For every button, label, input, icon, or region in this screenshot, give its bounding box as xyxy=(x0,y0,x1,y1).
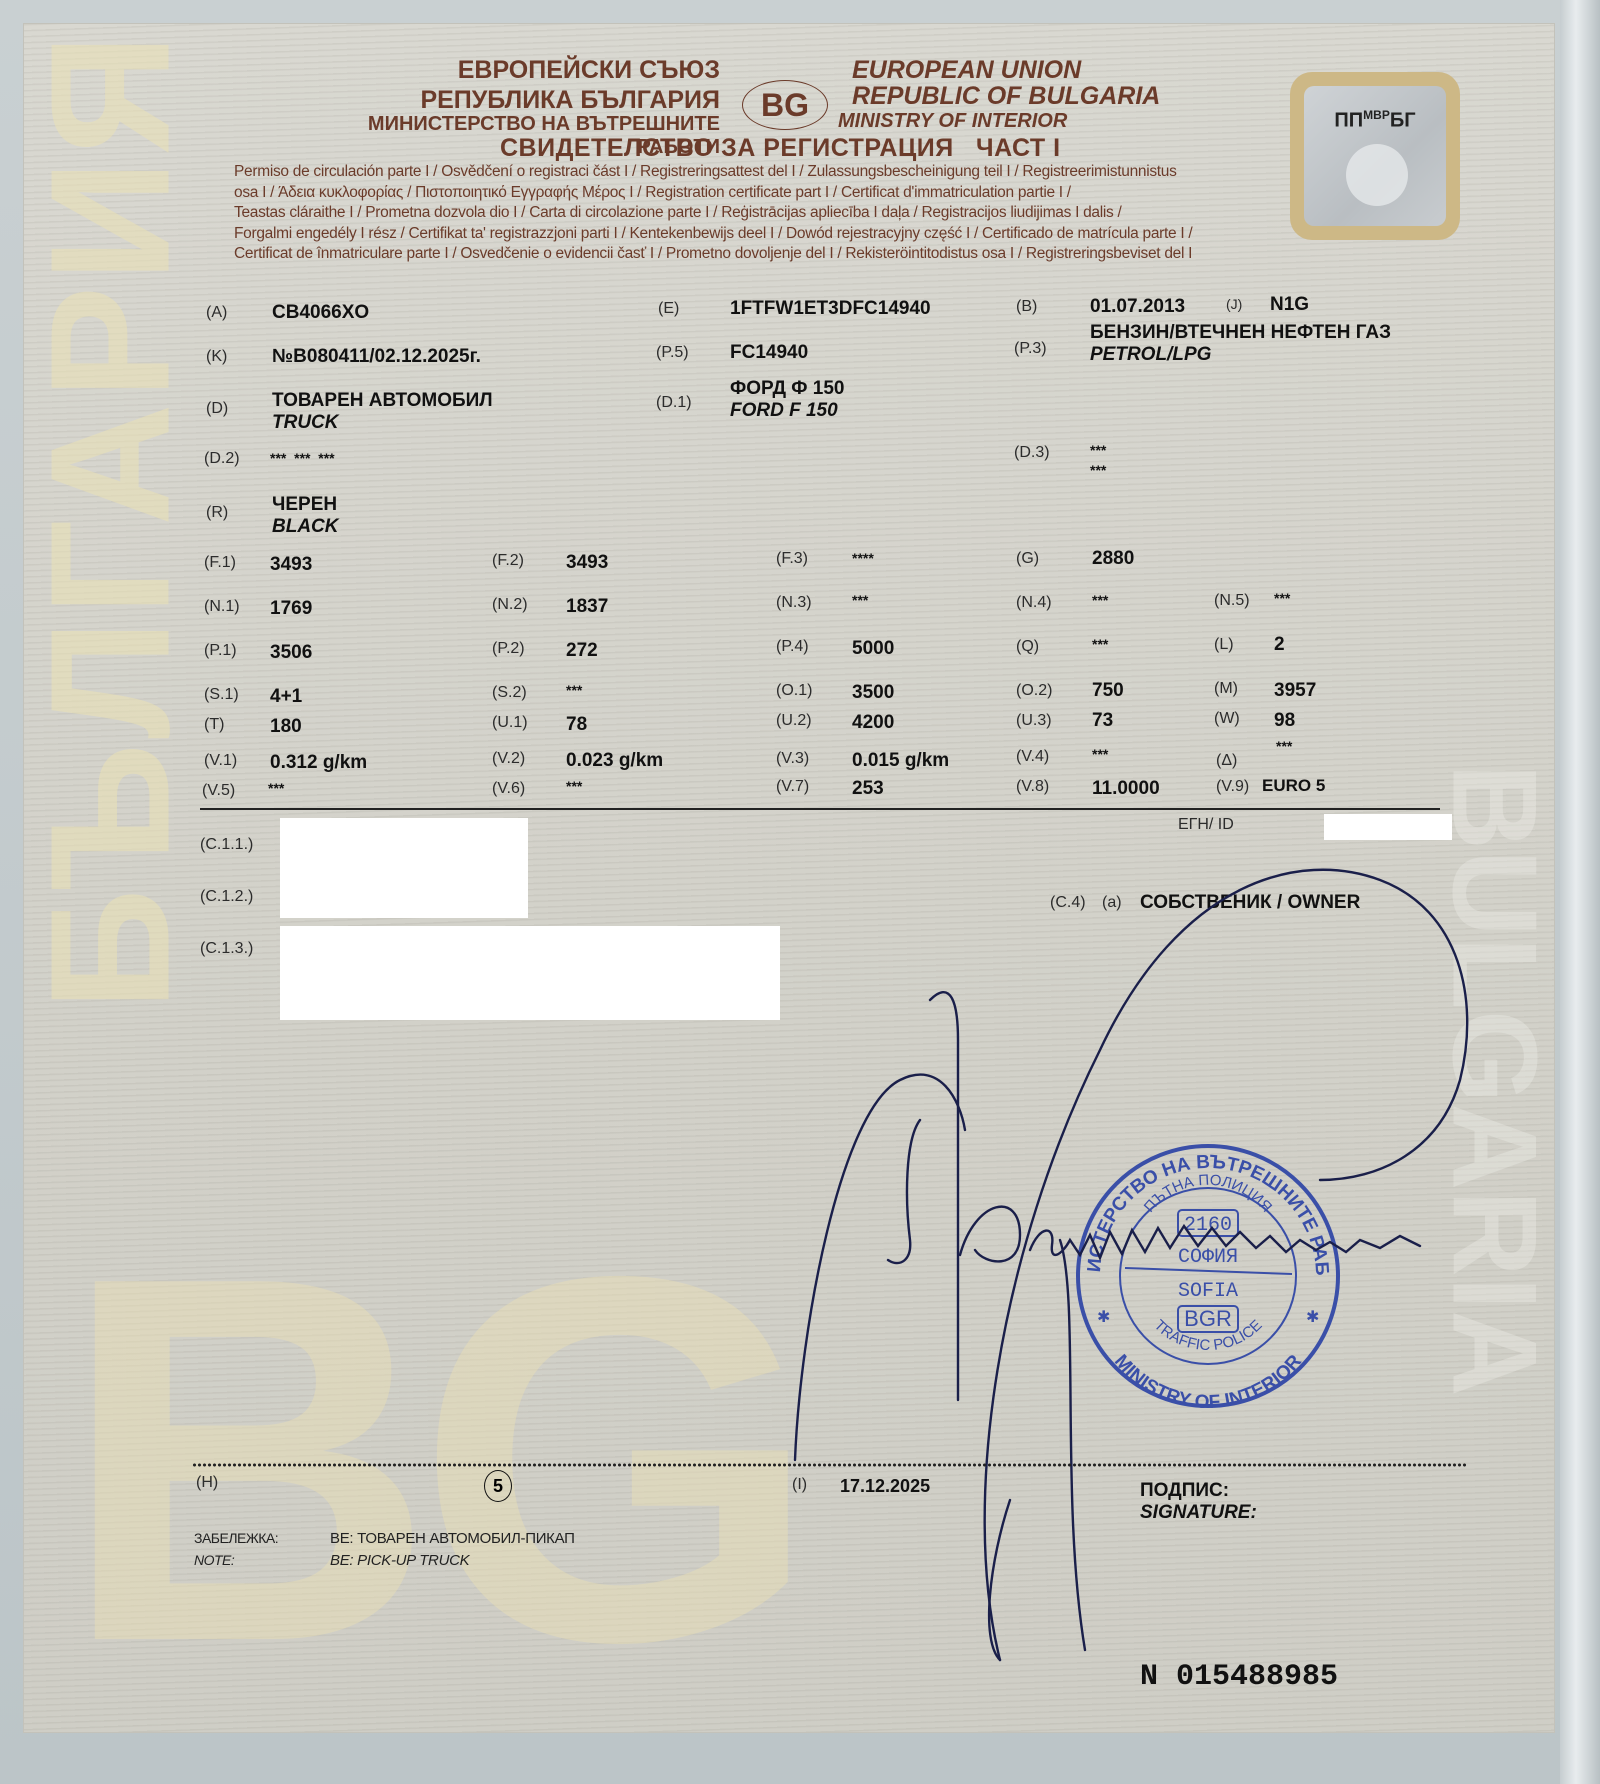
field-i-label: (I) xyxy=(792,1476,807,1494)
footer-dotted-divider xyxy=(192,1462,1467,1468)
svg-text:СОФИЯ: СОФИЯ xyxy=(1178,1246,1238,1269)
svg-text:BGR: BGR xyxy=(1184,1306,1232,1331)
note-label-en: NOTE: xyxy=(194,1552,234,1568)
signature-and-stamp-layer: МИНИСТЕРСТВО НА ВЪТРЕШНИТЕ РАБОТИ MINIST… xyxy=(0,0,1600,1784)
field-i-date: 17.12.2025 xyxy=(840,1476,930,1497)
svg-text:SOFIA: SOFIA xyxy=(1178,1280,1238,1303)
svg-text:МИНИСТЕРСТВО НА ВЪТРЕШНИТЕ РАБ: МИНИСТЕРСТВО НА ВЪТРЕШНИТЕ РАБОТИ xyxy=(0,0,1332,1276)
note-value-bg: BE: ТОВАРЕН АВТОМОБИЛ-ПИКАП xyxy=(330,1530,575,1547)
signature-icon xyxy=(795,870,1467,1660)
signature-label-bg: ПОДПИС: xyxy=(1140,1480,1229,1502)
stamp-icon: МИНИСТЕРСТВО НА ВЪТРЕШНИТЕ РАБОТИ MINIST… xyxy=(0,0,1338,1413)
document-serial-number: N 015488985 xyxy=(1140,1660,1338,1694)
svg-text:✱: ✱ xyxy=(1097,1309,1110,1326)
svg-text:MINISTRY OF INTERIOR: MINISTRY OF INTERIOR xyxy=(1110,1351,1306,1413)
svg-text:✱: ✱ xyxy=(1306,1309,1319,1326)
note-value-en: BE: PICK-UP TRUCK xyxy=(330,1552,469,1569)
note-label-bg: ЗАБЕЛЕЖКА: xyxy=(194,1530,278,1546)
field-h-value: 5 xyxy=(484,1470,512,1502)
field-h-label: (H) xyxy=(196,1474,218,1492)
signature-label-en: SIGNATURE: xyxy=(1140,1502,1257,1524)
